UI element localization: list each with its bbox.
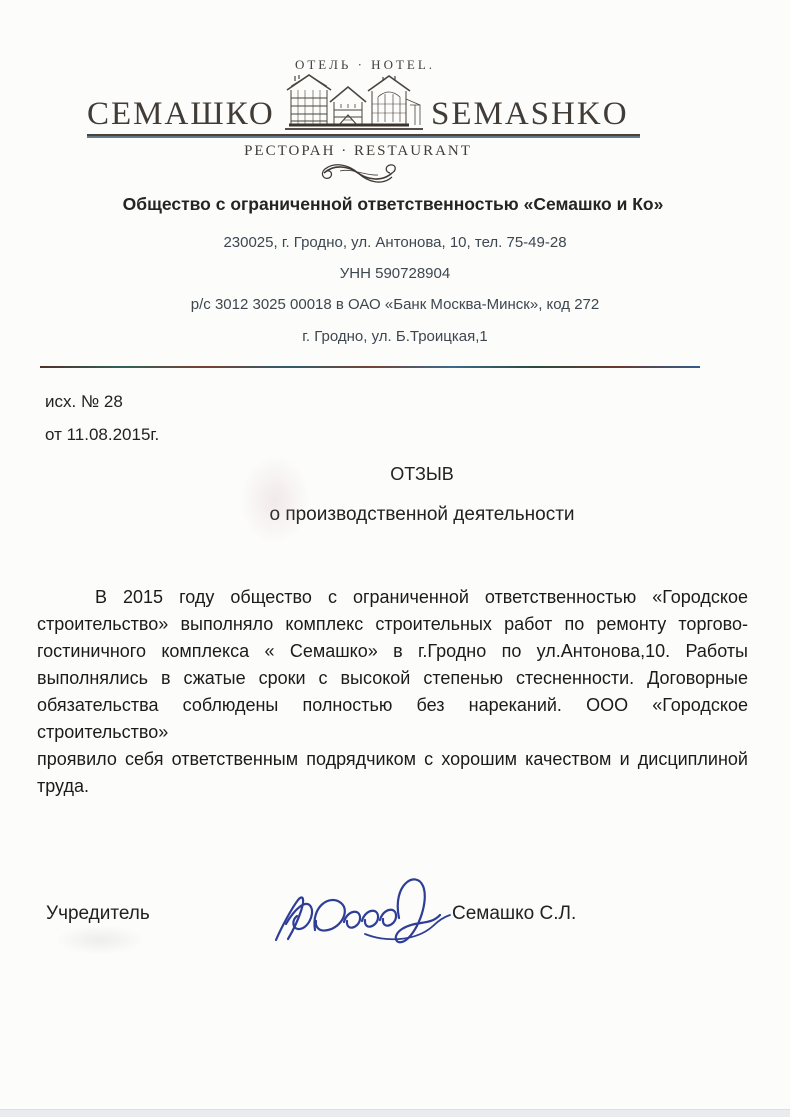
hotel-building-icon (283, 72, 425, 136)
document-title: ОТЗЫВ (56, 464, 788, 485)
body-line: В 2015 году общество с ограниченной отве… (37, 584, 748, 611)
city-line: г. Гродно, ул. Б.Троицкая,1 (0, 328, 790, 345)
handwritten-signature (270, 868, 455, 963)
address-line: 230025, г. Гродно, ул. Антонова, 10, тел… (0, 234, 790, 251)
unn-line: УНН 590728904 (0, 265, 790, 282)
company-full-name: Общество с ограниченной ответственностью… (0, 194, 786, 215)
body-line: труда. (37, 773, 748, 800)
logo-name-cyrillic: СЕМАШКО (87, 96, 275, 133)
bank-line: р/с 3012 3025 00018 в ОАО «Банк Москва-М… (0, 296, 790, 313)
body-line: выполнялись в сжатые сроки с высокой сте… (37, 665, 748, 692)
logo-hotel-line: ОТЕЛЬ · HOTEL. (0, 57, 730, 73)
flourish-icon (318, 160, 398, 188)
body-line: обязательства соблюдены полностью без на… (37, 692, 748, 746)
scan-smudge (55, 925, 145, 955)
logo-underline-rule (87, 134, 640, 138)
signatory-role: Учредитель (46, 903, 150, 925)
logo-restaurant-line: РЕСТОРАН · RESTAURANT (0, 143, 716, 160)
logo-name-latin: SEMASHKO (431, 96, 629, 133)
scanned-letter-page: ОТЕЛЬ · HOTEL. СЕМАШКО (0, 0, 790, 1117)
body-paragraph: В 2015 году общество с ограниченной отве… (37, 584, 748, 800)
outgoing-number: исх. № 28 (45, 392, 123, 412)
scan-edge-shadow (0, 1109, 790, 1117)
document-date: от 11.08.2015г. (45, 425, 159, 445)
body-line: гостиничного комплекса « Семашко» в г.Гр… (37, 638, 748, 665)
body-line: строительство» выполняло комплекс строит… (37, 611, 748, 638)
letterhead-divider-rule (40, 366, 700, 368)
body-line: проявило себя ответственным подрядчиком … (37, 746, 748, 773)
document-subtitle: о производственной деятельности (56, 504, 788, 526)
signatory-name: Семашко С.Л. (452, 903, 576, 925)
